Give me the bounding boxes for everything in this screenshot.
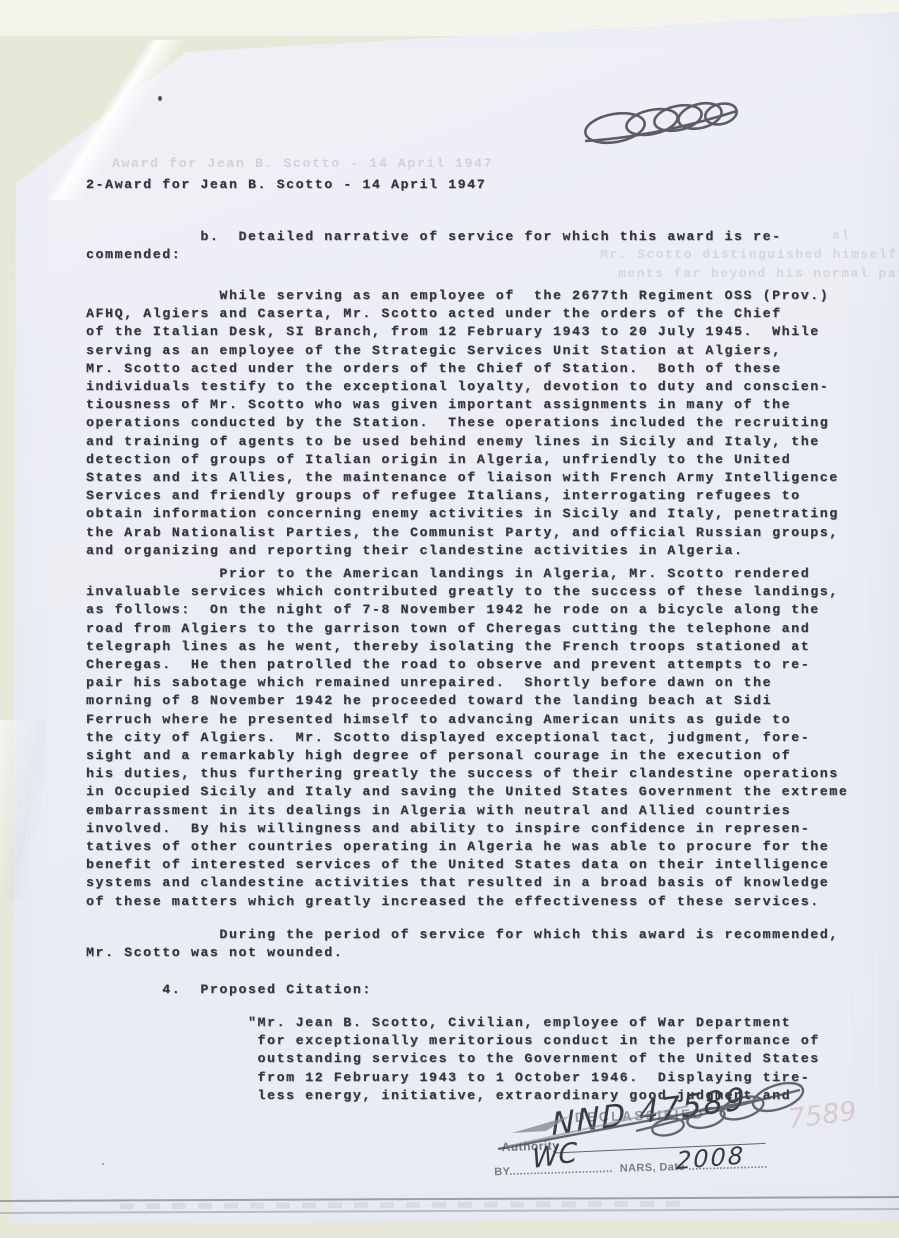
bleedthrough-line-1: al [832, 228, 851, 243]
ghost-title: Award for Jean B. Scotto - 14 April 1947 [112, 155, 493, 173]
scanned-document-screenshot: { "page": { "title": "2-Award for Jean B… [0, 0, 899, 1238]
section-4-proposed-citation-heading: 4. Proposed Citation: [86, 981, 372, 999]
paragraph-landings-narrative: Prior to the American landings in Algeri… [86, 565, 848, 911]
paragraph-not-wounded: During the period of service for which t… [86, 926, 839, 962]
bleedthrough-line-2: Mr. Scotto distinguished himself an outs… [600, 247, 899, 262]
dust-speck [102, 1163, 104, 1165]
handwritten-date: 2008 [676, 1141, 746, 1175]
document-title: 2-Award for Jean B. Scotto - 14 April 19… [86, 176, 486, 194]
dust-speck [158, 96, 162, 101]
bleedthrough-line-3: ments far beyond his normal pat- [618, 266, 899, 281]
paragraph-service-narrative: While serving as an employee of the 2677… [86, 287, 839, 560]
